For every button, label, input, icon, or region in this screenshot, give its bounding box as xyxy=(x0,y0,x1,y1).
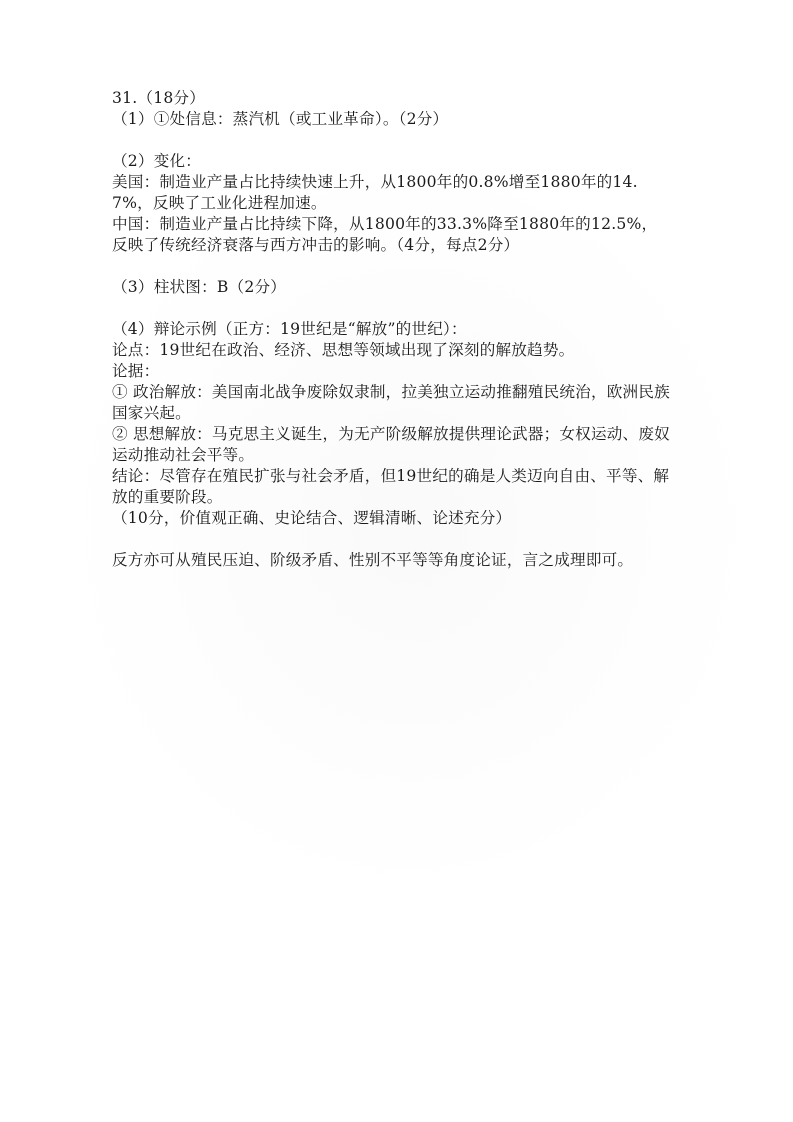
part3-answer: （3）柱状图：B（2分） xyxy=(112,277,672,298)
part4-conclusion: 结论：尽管存在殖民扩张与社会矛盾，但19世纪的确是人类迈向自由、平等、解放的重要… xyxy=(112,466,672,508)
spacer xyxy=(112,130,672,151)
part2-china: 中国：制造业产量占比持续下降，从1800年的33.3%降至1880年的12.5%… xyxy=(112,214,672,256)
part4-thesis: 论点：19世纪在政治、经济、思想等领域出现了深刻的解放趋势。 xyxy=(112,340,672,361)
part4-evidence-2: ② 思想解放：马克思主义诞生，为无产阶级解放提供理论武器；女权运动、废奴运动推动… xyxy=(112,424,672,466)
part4-scoring: （10分，价值观正确、史论结合、逻辑清晰、论述充分） xyxy=(112,508,672,529)
answer-key-document: 31.（18分） （1）①处信息：蒸汽机（或工业革命）。（2分） （2）变化： … xyxy=(112,88,672,571)
part1-answer: （1）①处信息：蒸汽机（或工业革命）。（2分） xyxy=(112,109,672,130)
alternative-note: 反方亦可从殖民压迫、阶级矛盾、性别不平等等角度论证，言之成理即可。 xyxy=(112,550,672,571)
part4-heading: （4）辩论示例（正方：19世纪是“解放”的世纪）： xyxy=(112,319,672,340)
spacer xyxy=(112,256,672,277)
part4-evidence-label: 论据： xyxy=(112,361,672,382)
spacer xyxy=(112,298,672,319)
part2-usa: 美国：制造业产量占比持续快速上升，从1800年的0.8%增至1880年的14.7… xyxy=(112,172,672,214)
spacer xyxy=(112,529,672,550)
part2-heading: （2）变化： xyxy=(112,151,672,172)
question-header: 31.（18分） xyxy=(112,88,672,109)
part4-evidence-1: ① 政治解放：美国南北战争废除奴隶制，拉美独立运动推翻殖民统治，欧洲民族国家兴起… xyxy=(112,382,672,424)
